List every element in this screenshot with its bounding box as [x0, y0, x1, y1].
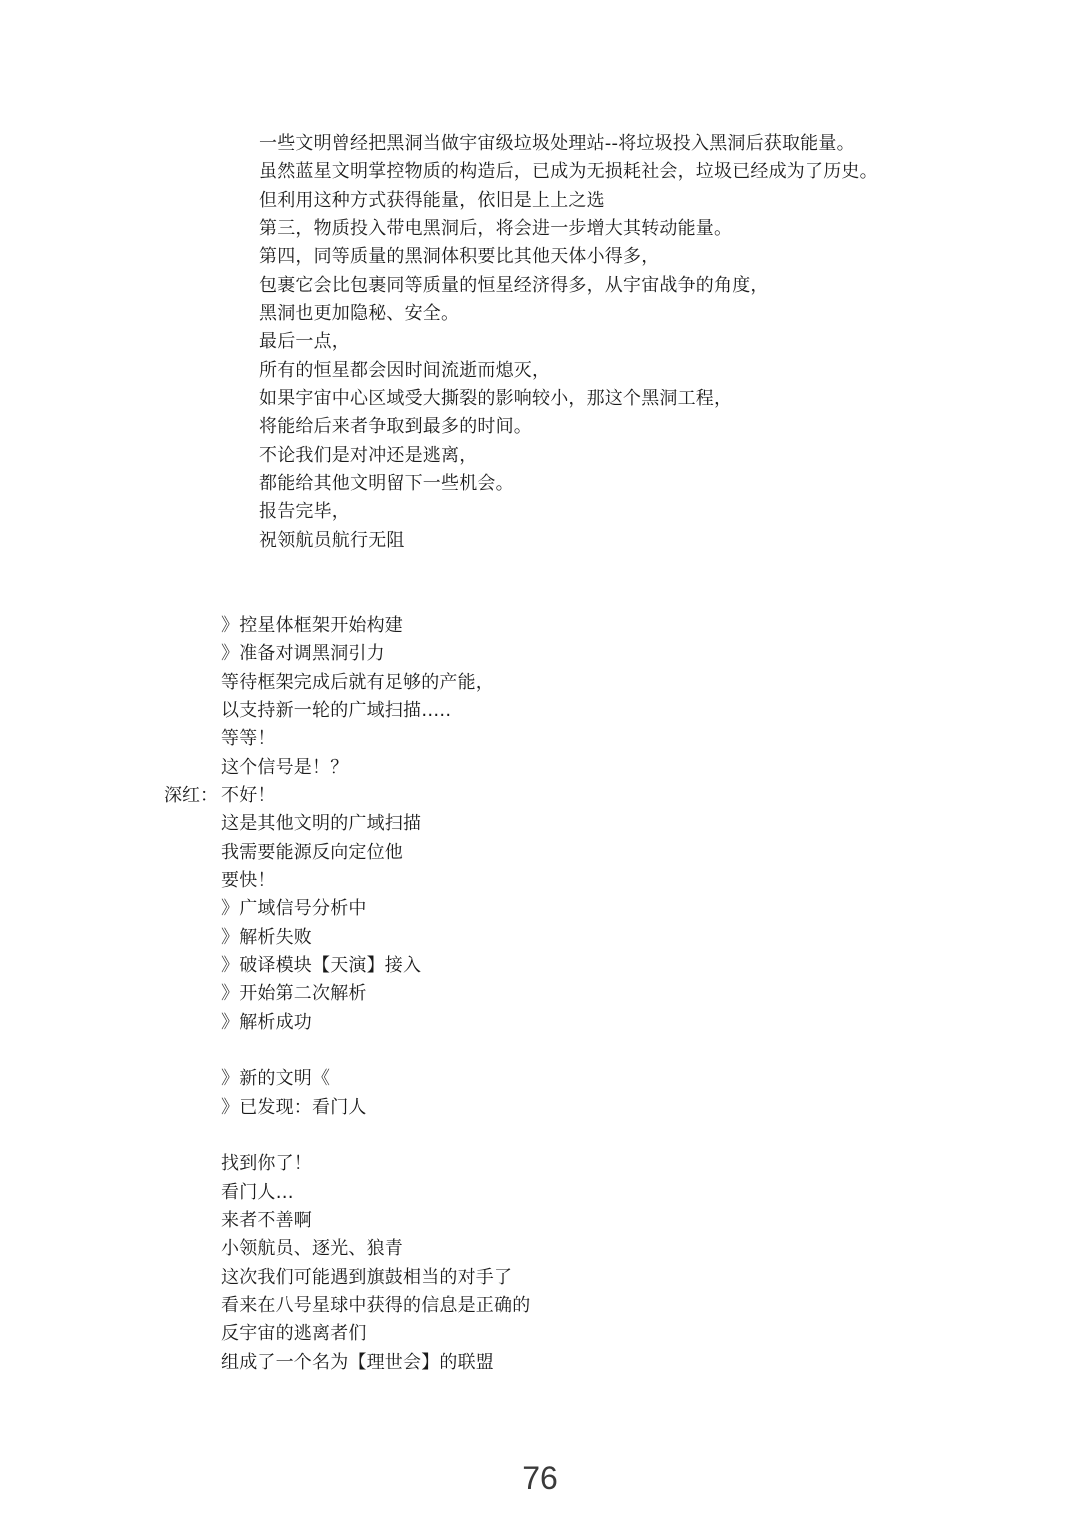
text-line: 祝领航员航行无阻	[259, 527, 405, 555]
text-line: 但利用这种方式获得能量，依旧是上上之选	[259, 187, 605, 215]
text-line: 我需要能源反向定位他	[221, 839, 403, 867]
system-log-line: 》准备对调黑洞引力	[221, 640, 385, 668]
system-log-line: 》解析失败	[221, 924, 312, 952]
system-log-line: 》开始第二次解析	[221, 980, 367, 1008]
text-line: 要快！	[221, 867, 276, 895]
text-line: 以支持新一轮的广域扫描…..	[221, 697, 451, 725]
text-line: 小领航员、逐光、狼青	[221, 1235, 403, 1263]
text-line: 第四，同等质量的黑洞体积要比其他天体小得多，	[259, 243, 659, 271]
text-line: 所有的恒星都会因时间流逝而熄灭，	[259, 357, 550, 385]
text-line: 这次我们可能遇到旗鼓相当的对手了	[221, 1264, 512, 1292]
text-line: 一些文明曾经把黑洞当做宇宙级垃圾处理站--将垃圾投入黑洞后获取能量。	[259, 130, 855, 158]
text-line: 将能给后来者争取到最多的时间。	[259, 413, 532, 441]
text-line: 最后一点，	[259, 328, 350, 356]
text-line: 包裹它会比包裹同等质量的恒星经济得多，从宇宙战争的角度，	[259, 272, 769, 300]
text-line: 这个信号是！？	[221, 754, 348, 782]
text-line: 这是其他文明的广域扫描	[221, 810, 421, 838]
text-line: 等等！	[221, 725, 276, 753]
speaker-label: 深红：	[164, 782, 218, 810]
system-log-line: 》广域信号分析中	[221, 895, 367, 923]
text-line: 看门人…	[221, 1179, 294, 1207]
text-line: 如果宇宙中心区域受大撕裂的影响较小，那这个黑洞工程，	[259, 385, 732, 413]
system-log-line: 》已发现：看门人	[221, 1094, 367, 1122]
text-line: 看来在八号星球中获得的信息是正确的	[221, 1292, 530, 1320]
text-line: 黑洞也更加隐秘、安全。	[259, 300, 459, 328]
page-number: 76	[0, 1458, 1080, 1498]
text-line: 虽然蓝星文明掌控物质的构造后，已成为无损耗社会，垃圾已经成为了历史。	[259, 158, 878, 186]
text-line: 都能给其他文明留下一些机会。	[259, 470, 514, 498]
system-log-line: 》新的文明《	[221, 1065, 330, 1093]
text-line: 组成了一个名为【理世会】的联盟	[221, 1349, 494, 1377]
text-line: 第三，物质投入带电黑洞后，将会进一步增大其转动能量。	[259, 215, 732, 243]
text-line: 报告完毕，	[259, 498, 350, 526]
text-line: 反宇宙的逃离者们	[221, 1320, 367, 1348]
text-line: 来者不善啊	[221, 1207, 312, 1235]
system-log-line: 》解析成功	[221, 1009, 312, 1037]
dialogue-line: 不好！	[221, 782, 276, 810]
text-line: 找到你了！	[221, 1150, 312, 1178]
system-log-line: 》控星体框架开始构建	[221, 612, 403, 640]
system-log-line: 》破译模块【天演】接入	[221, 952, 421, 980]
text-line: 不论我们是对冲还是逃离，	[259, 442, 477, 470]
text-line: 等待框架完成后就有足够的产能，	[221, 669, 494, 697]
